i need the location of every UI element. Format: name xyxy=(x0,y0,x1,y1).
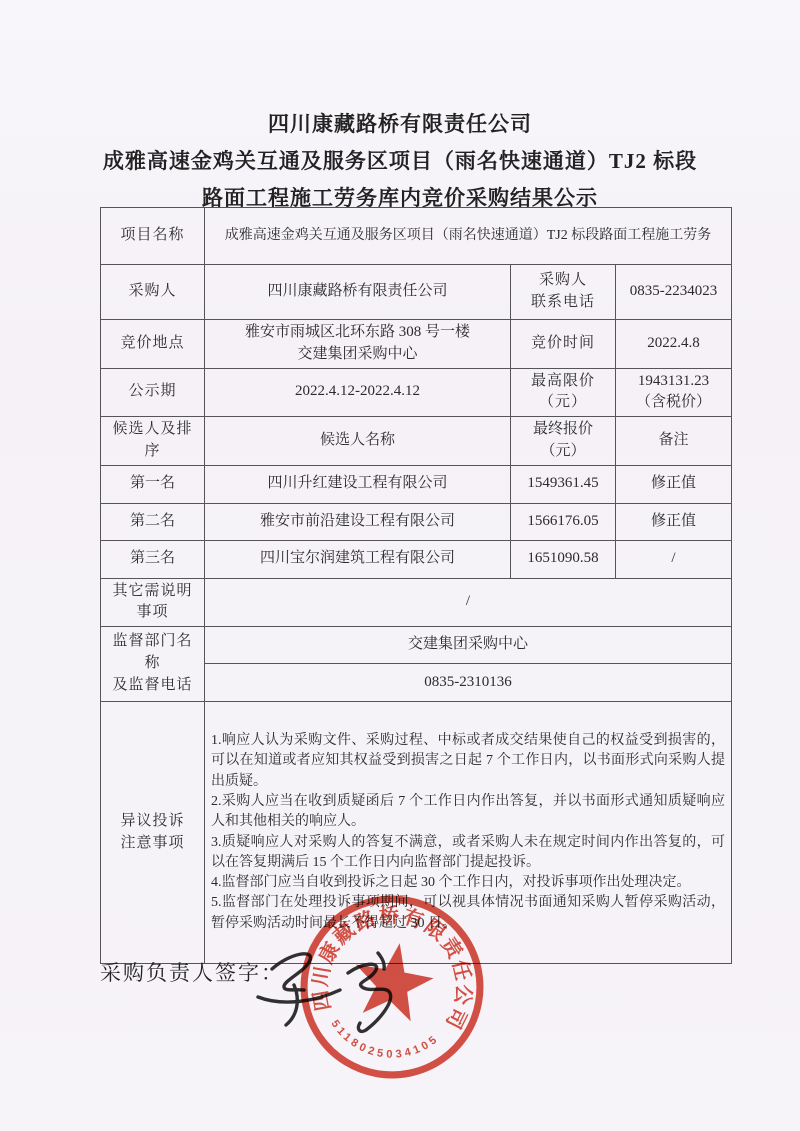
candidate-1-rank: 第一名 xyxy=(101,465,205,503)
header-candidate-rank: 候选人及排序 xyxy=(101,417,205,466)
value-other-notes: / xyxy=(205,578,732,627)
header-final-price-line1: 最终报价 xyxy=(517,419,609,441)
candidate-3-name: 四川宝尔润建筑工程有限公司 xyxy=(205,540,511,578)
value-bidding-time: 2022.4.8 xyxy=(616,320,732,369)
document-page: 四川康藏路桥有限责任公司 成雅高速金鸡关互通及服务区项目（雨名快速通道）TJ2 … xyxy=(0,0,800,1131)
candidate-1-remark: 修正值 xyxy=(616,465,732,503)
label-other-notes-line1: 其它需说明 xyxy=(107,581,198,603)
row-bidding-location: 竞价地点 雅安市雨城区北环东路 308 号一楼 交建集团采购中心 竞价时间 20… xyxy=(101,320,732,369)
candidate-1-price: 1549361.45 xyxy=(511,465,616,503)
value-supervision-dept: 交建集团采购中心 xyxy=(205,627,732,664)
value-purchaser: 四川康藏路桥有限责任公司 xyxy=(205,265,511,320)
value-project-name: 成雅高速金鸡关互通及服务区项目（雨名快速通道）TJ2 标段路面工程施工劳务 xyxy=(205,208,732,265)
label-purchaser-phone-line2: 联系电话 xyxy=(517,292,609,314)
label-bidding-location: 竞价地点 xyxy=(101,320,205,369)
label-project-name: 项目名称 xyxy=(101,208,205,265)
document-title-block: 四川康藏路桥有限责任公司 成雅高速金鸡关互通及服务区项目（雨名快速通道）TJ2 … xyxy=(0,106,800,217)
candidate-2-rank: 第二名 xyxy=(101,503,205,540)
candidate-row-3: 第三名 四川宝尔润建筑工程有限公司 1651090.58 / xyxy=(101,540,732,578)
label-supervision: 监督部门名称 及监督电话 xyxy=(101,627,205,702)
value-purchaser-phone: 0835-2234023 xyxy=(616,265,732,320)
value-bidding-location-line2: 交建集团采购中心 xyxy=(211,344,504,366)
header-remark: 备注 xyxy=(616,417,732,466)
label-complaint-notes-line1: 异议投诉 xyxy=(107,811,198,833)
procurement-result-table: 项目名称 成雅高速金鸡关互通及服务区项目（雨名快速通道）TJ2 标段路面工程施工… xyxy=(100,207,732,964)
company-seal: 四川康藏路桥有限责任公司 5118025034105 xyxy=(283,878,501,1096)
label-other-notes-line2: 事项 xyxy=(107,602,198,624)
row-other-notes: 其它需说明 事项 / xyxy=(101,578,732,627)
row-purchaser: 采购人 四川康藏路桥有限责任公司 采购人 联系电话 0835-2234023 xyxy=(101,265,732,320)
label-bidding-time: 竞价时间 xyxy=(511,320,616,369)
label-purchaser-phone: 采购人 联系电话 xyxy=(511,265,616,320)
label-max-price-line1: 最高限价 xyxy=(517,371,609,393)
candidate-3-remark: / xyxy=(616,540,732,578)
title-line-project: 成雅高速金鸡关互通及服务区项目（雨名快速通道）TJ2 标段 xyxy=(0,143,800,180)
label-purchaser: 采购人 xyxy=(101,265,205,320)
value-max-price-line1: 1943131.23 xyxy=(622,371,725,393)
candidate-2-price: 1566176.05 xyxy=(511,503,616,540)
label-purchaser-phone-line1: 采购人 xyxy=(517,270,609,292)
complaint-item-2: 2.采购人应当在收到质疑函后 7 个工作日内作出答复，并以书面形式通知质疑响应人… xyxy=(211,792,725,833)
label-complaint-notes-line2: 注意事项 xyxy=(107,833,198,855)
label-publicity-period: 公示期 xyxy=(101,368,205,417)
candidate-2-remark: 修正值 xyxy=(616,503,732,540)
label-max-price: 最高限价 （元） xyxy=(511,368,616,417)
header-final-price-line2: （元） xyxy=(517,441,609,463)
row-candidates-header: 候选人及排序 候选人名称 最终报价 （元） 备注 xyxy=(101,417,732,466)
label-other-notes: 其它需说明 事项 xyxy=(101,578,205,627)
row-supervision-dept: 监督部门名称 及监督电话 交建集团采购中心 xyxy=(101,627,732,664)
complaint-item-3: 3.质疑响应人对采购人的答复不满意，或者采购人未在规定时间内作出答复的，可以在答… xyxy=(211,833,725,874)
seal-star-icon xyxy=(348,936,439,1024)
row-publicity-period: 公示期 2022.4.12-2022.4.12 最高限价 （元） 1943131… xyxy=(101,368,732,417)
candidate-row-2: 第二名 雅安市前沿建设工程有限公司 1566176.05 修正值 xyxy=(101,503,732,540)
value-publicity-period: 2022.4.12-2022.4.12 xyxy=(205,368,511,417)
label-max-price-line2: （元） xyxy=(517,392,609,414)
title-line-company: 四川康藏路桥有限责任公司 xyxy=(0,106,800,143)
complaint-item-4: 4.监督部门应当自收到投诉之日起 30 个工作日内，对投诉事项作出处理决定。 xyxy=(211,873,725,893)
label-complaint-notes: 异议投诉 注意事项 xyxy=(101,702,205,964)
label-supervision-line2: 及监督电话 xyxy=(107,675,198,697)
label-supervision-line1: 监督部门名称 xyxy=(107,631,198,675)
complaint-item-1: 1.响应人认为采购文件、采购过程、中标或者成交结果使自己的权益受到损害的，可以在… xyxy=(211,731,725,792)
row-project-name: 项目名称 成雅高速金鸡关互通及服务区项目（雨名快速通道）TJ2 标段路面工程施工… xyxy=(101,208,732,265)
candidate-2-name: 雅安市前沿建设工程有限公司 xyxy=(205,503,511,540)
header-final-price: 最终报价 （元） xyxy=(511,417,616,466)
value-bidding-location-line1: 雅安市雨城区北环东路 308 号一楼 xyxy=(211,322,504,344)
candidate-3-rank: 第三名 xyxy=(101,540,205,578)
candidate-3-price: 1651090.58 xyxy=(511,540,616,578)
candidate-1-name: 四川升红建设工程有限公司 xyxy=(205,465,511,503)
value-max-price: 1943131.23 （含税价） xyxy=(616,368,732,417)
header-candidate-name: 候选人名称 xyxy=(205,417,511,466)
value-supervision-phone: 0835-2310136 xyxy=(205,664,732,702)
value-max-price-line2: （含税价） xyxy=(622,392,725,414)
value-bidding-location: 雅安市雨城区北环东路 308 号一楼 交建集团采购中心 xyxy=(205,320,511,369)
candidate-row-1: 第一名 四川升红建设工程有限公司 1549361.45 修正值 xyxy=(101,465,732,503)
